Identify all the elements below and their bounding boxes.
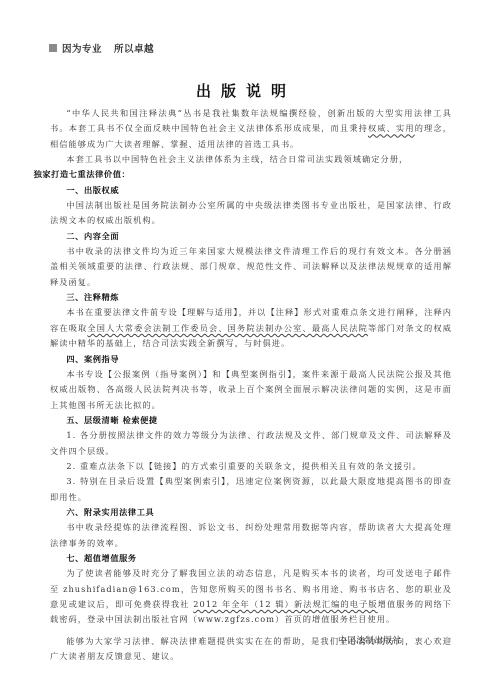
intro-paragraph-1: “中华人民共和国注释法典”丛书是我社集数年法规编撰经验，创新出版的大型实用法律工… <box>50 106 452 152</box>
section-text-3: 本书在重要法律文件前专设【理解与适用】，并以【注释】形式对重难点条文进行阐释，注… <box>50 305 452 351</box>
document-body: “中华人民共和国注释法典”丛书是我社集数年法规编撰经验，创新出版的大型实用法律工… <box>50 106 452 664</box>
section-text-2: 书中收录的法律文件均为近三年来国家大规模法律文件清理工作后的现行有效文本。各分册… <box>50 244 452 290</box>
section-item-5-2: 2. 重难点法条下以【链接】的方式索引重要的关联条文，提供相关且有效的条文援引。 <box>50 459 452 474</box>
header-slogan-1: 因为专业 <box>62 41 102 55</box>
section-heading-2: 二、内容全面 <box>50 229 452 244</box>
emphasis-wavy: 2012 年全年（12 辑）新法规汇编的电子版 <box>193 599 377 609</box>
intro-paragraph-2: 本套工具书以中国特色社会主义法律体系为主线，结合日常司法实践领域确定分册，独家打… <box>50 152 452 183</box>
section-text-7: 为了使读者能够及时充分了解我国立法的动态信息，凡是购买本书的读者，均可发送电子邮… <box>50 566 452 627</box>
publisher-signature: 中国法制出版社 <box>338 634 402 646</box>
section-text-1: 中国法制出版社是国务院法制办公室所属的中央级法律类图书专业出版社，是国家法律、行… <box>50 198 452 229</box>
section-heading-3: 三、注释精炼 <box>50 290 452 305</box>
intro-lead: 独家打造七重法律价值： <box>34 169 131 179</box>
section-heading-5: 五、层级清晰 检索便捷 <box>50 413 452 428</box>
section-item-5-1: 1. 各分册按照法律文件的效力等级分为法律、行政法规及文件、部门规章及文件、司法… <box>50 428 452 459</box>
section-heading-1: 一、出版权威 <box>50 183 452 198</box>
square-marker-icon <box>49 44 57 52</box>
emphasis-wavy: 权威、实用 <box>368 123 415 133</box>
section-text-4: 本书专设【公报案例（指导案例）】和【典型案例指引】，案件来源于最高人民法院公报及… <box>50 367 452 413</box>
section-heading-4: 四、案例指导 <box>50 352 452 367</box>
header-slogan-2: 所以卓越 <box>114 41 154 55</box>
section-heading-7: 七、超值增值服务 <box>50 551 452 566</box>
emphasis-wavy: 全国人大常委会法制工作委员会、国务院法制办公室、最高人民法院 <box>87 323 368 333</box>
section-text-6: 书中收录经提炼的法律流程图、诉讼文书、纠纷处理常用数据等内容，帮助读者大大提高处… <box>50 520 452 551</box>
page-header: 因为专业 所以卓越 <box>49 41 154 55</box>
section-heading-6: 六、附录实用法律工具 <box>50 505 452 520</box>
page-title: 出版说明 <box>0 80 482 101</box>
section-item-5-3: 3. 特别在目录后设置【典型案例索引】，迅速定位案例资源，以此最大限度地提高图书… <box>50 474 452 505</box>
